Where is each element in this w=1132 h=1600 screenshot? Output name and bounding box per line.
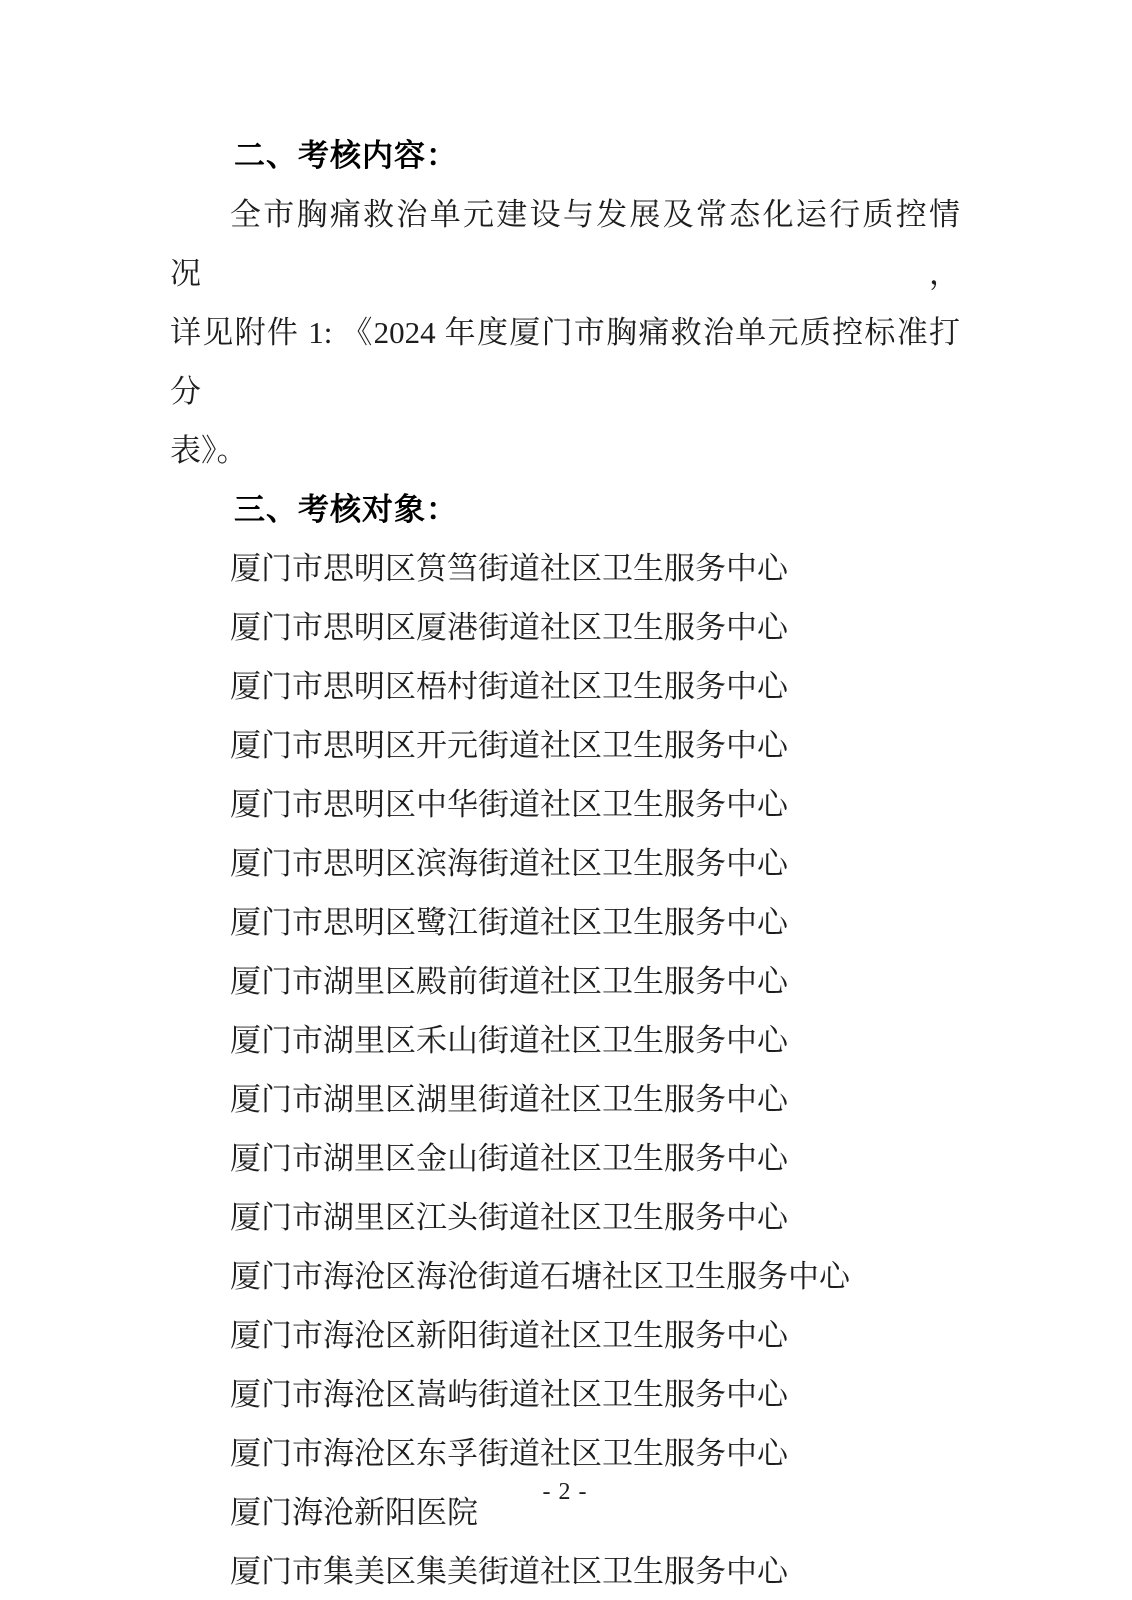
assessment-target-item: 厦门市湖里区湖里街道社区卫生服务中心 (170, 1070, 960, 1129)
assessment-target-item: 厦门市集美区集美街道社区卫生服务中心 (170, 1542, 960, 1600)
document-page: 二、考核内容： 全市胸痛救治单元建设与发展及常态化运行质控情况， 详见附件 1:… (0, 0, 1132, 1600)
assessment-target-item: 厦门市湖里区殿前街道社区卫生服务中心 (170, 952, 960, 1011)
section-2-paragraph: 全市胸痛救治单元建设与发展及常态化运行质控情况， 详见附件 1: 《2024 年… (170, 185, 960, 480)
assessment-target-item: 厦门市海沧区海沧街道石塘社区卫生服务中心 (170, 1247, 960, 1306)
assessment-target-item: 厦门市湖里区禾山街道社区卫生服务中心 (170, 1011, 960, 1070)
assessment-target-item: 厦门市思明区厦港街道社区卫生服务中心 (170, 598, 960, 657)
document-body: 二、考核内容： 全市胸痛救治单元建设与发展及常态化运行质控情况， 详见附件 1:… (170, 126, 960, 1600)
page-number: - 2 - (170, 1477, 960, 1507)
assessment-target-item: 厦门市思明区中华街道社区卫生服务中心 (170, 775, 960, 834)
paragraph-line: 全市胸痛救治单元建设与发展及常态化运行质控情况， (170, 185, 960, 303)
assessment-target-item: 厦门市思明区滨海街道社区卫生服务中心 (170, 834, 960, 893)
assessment-target-item: 厦门市思明区梧村街道社区卫生服务中心 (170, 657, 960, 716)
assessment-target-item: 厦门市湖里区金山街道社区卫生服务中心 (170, 1129, 960, 1188)
assessment-target-item: 厦门市思明区开元街道社区卫生服务中心 (170, 716, 960, 775)
assessment-target-item: 厦门市海沧区东孚街道社区卫生服务中心 (170, 1424, 960, 1483)
section-2-heading: 二、考核内容： (170, 126, 960, 185)
assessment-target-item: 厦门市思明区筼筜街道社区卫生服务中心 (170, 539, 960, 598)
assessment-target-list: 厦门市思明区筼筜街道社区卫生服务中心厦门市思明区厦港街道社区卫生服务中心厦门市思… (170, 539, 960, 1600)
assessment-target-item: 厦门市湖里区江头街道社区卫生服务中心 (170, 1188, 960, 1247)
paragraph-line: 详见附件 1: 《2024 年度厦门市胸痛救治单元质控标准打分 (170, 303, 960, 421)
paragraph-line: 表》。 (170, 421, 960, 480)
assessment-target-item: 厦门市海沧区嵩屿街道社区卫生服务中心 (170, 1365, 960, 1424)
assessment-target-item: 厦门市思明区鹭江街道社区卫生服务中心 (170, 893, 960, 952)
section-3-heading: 三、考核对象： (170, 480, 960, 539)
assessment-target-item: 厦门市海沧区新阳街道社区卫生服务中心 (170, 1306, 960, 1365)
